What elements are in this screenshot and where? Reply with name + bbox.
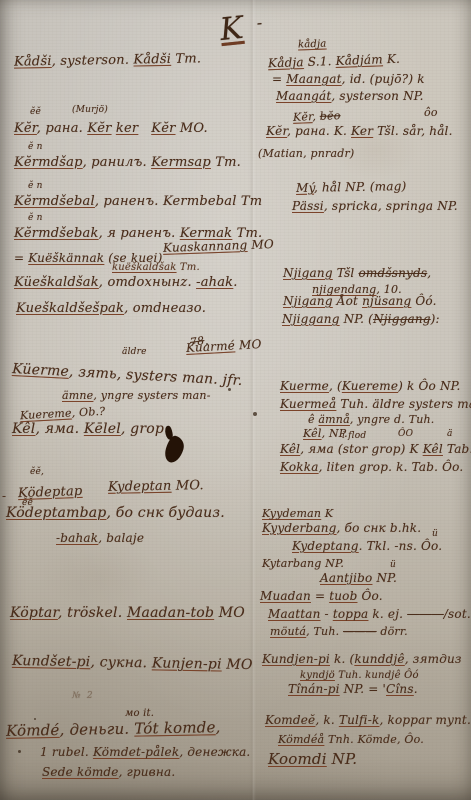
headword: Tót komde [134,718,216,737]
entry-text: , hål NP. (mag) [314,179,407,195]
headword: Cîns [386,682,414,696]
headword: toppa [333,607,369,621]
section-letter: K [218,10,245,48]
headword: Kĕr [87,121,111,136]
entry-line: Kydeptan MO. [108,479,204,494]
headword: Kömdé [6,721,60,740]
struck-text: bĕo [320,109,341,123]
entry-text: Åot [333,294,362,308]
headword: Kĕr [266,124,287,138]
entry-line: Komdeĕ, k. Tulfi-k, koppar mynt. [265,714,471,726]
entry-text: MO [214,605,245,621]
headword: Küerme [12,361,70,380]
entry-text: (Matian, pnradr) [258,147,354,160]
entry-text: k. ( [330,652,354,666]
headword: -bahak [56,531,98,545]
entry-text: Tm. [171,51,201,67]
entry-text [138,121,151,136]
entry-line: kyndjö Tuh. kundjê Ôó [300,671,419,681]
entry-text: NP. [372,571,397,585]
headword: ämnå [318,413,349,426]
entry-text: , k. [315,713,339,727]
entry-line: Tînán-pi NP. = 'Cîns. [288,683,418,695]
interlinear-note: ÔO [398,430,413,439]
entry-text: , зятдиз [405,652,462,666]
headword: Njiggang [282,312,340,326]
entry-line: Kĕrmdšap, ранилъ. Kermsap Tm. [14,156,241,169]
entry-line: Kêl, яма (stor grop) K Kêl Tab. [280,443,471,455]
entry-text: - [321,607,333,621]
entry-text: = [14,251,28,265]
entry-text: NP. = ' [340,682,386,696]
headword: kunddjê [354,652,404,666]
interlinear-note: ĕ n [28,182,43,191]
headword: Kyydeman [262,507,321,520]
entry-text: ü [390,560,396,570]
paper-stain [40,540,160,610]
entry-text: Ôó. [411,294,436,308]
headword: Kydeptan [108,479,172,495]
entry-line: Kyyderbang, бо снк b.hk. [262,522,421,534]
headword: Kuermeå [280,397,336,411]
interlinear-note: ü [432,530,438,539]
entry-text: ĕ n [28,213,43,223]
entry-text: , ( [329,379,342,393]
entry-line: Kueškaldšešpak, omdнеазо. [16,302,206,315]
entry-line: Pässi, spricka, springa NP. [292,200,458,212]
headword: Maadan-tob [127,605,214,621]
headword: Kêl [423,442,443,456]
entry-line: Sede kömde, гривна. [42,766,175,778]
entry-text: NP. [327,750,358,768]
entry-text: , ранилъ. [83,155,151,170]
entry-line: (Matian, pnradr) [258,148,354,159]
entry-text: ôo [424,106,438,119]
headword: Kêl [12,421,35,437]
entry-text: , spricka, springa NP. [324,199,458,213]
entry-text: № 2 [72,691,93,701]
entry-text: . [233,275,237,290]
headword: Maattan [268,607,321,621]
headword: Pässi [292,199,324,213]
entry-line: Kömdéå Tnh. Kömde, Ôo. [278,734,424,745]
entry-text: ĕĕ [30,107,41,117]
entry-text: NP. ( [340,312,373,326]
entry-text: - [2,489,6,503]
entry-text: . Tkl. -ns. Ôo. [359,539,443,553]
entry-line: Kömdé, деньги. Tót komde, [6,720,221,739]
manuscript-page: K- Kådši, systerson. Kådši Tm.kådjaKådja… [0,0,471,800]
title-dash: - [256,13,263,32]
entry-text: , id. (pujō?) k [342,72,425,86]
entry-text: , бо снк b.hk. [337,521,422,535]
entry-line: Muadan = tuob Ôo. [260,590,383,602]
struck-text: ——— [343,625,377,638]
entry-text: , яма. [35,421,83,437]
entry-text: , systerson NP. [331,89,423,103]
entry-text: k. ej. [368,607,407,621]
headword: Kydeptang [292,539,359,553]
headword: Kĕrmdšebal [14,194,95,209]
struck-text: ——— [407,607,444,621]
entry-text: Tm. [211,155,241,170]
headword: Kĕr [14,121,37,136]
entry-text: , yngre d. Tuh. [350,413,435,426]
entry-text: , гривна. [119,765,176,779]
headword: Kuereme [20,407,72,423]
entry-line: Aantjibo NP. [320,572,397,584]
entry-text: K. [383,52,401,67]
entry-text: ĕ n [28,181,43,191]
headword: Njigang [283,266,333,280]
headword: Kundjen-pi [262,652,330,666]
page-title: K- [218,8,264,48]
entry-text: (Murjö) [72,105,108,115]
entry-text: , [215,718,220,736]
entry-line: möutá, Tuh. ——— dörr. [270,626,408,637]
entry-text: мо it. [125,708,154,719]
entry-line: Köptar, tröskel. Maadan-tob MO [10,606,245,620]
entry-text: , [427,266,431,280]
headword: Kĕr [293,110,313,124]
headword: Komdeĕ [265,713,315,727]
entry-text: ÔO [398,429,413,439]
entry-line: Küerme, зять, systers man. jfr. [12,362,243,388]
entry-line: Maattan - toppa k. ej. ———/sot. [268,608,471,620]
headword: Köptar [10,605,58,621]
entry-text: Tuh. kundjê Ôó [335,670,419,681]
entry-line: ämne, yngre systers man- [62,390,211,401]
headword: Kådja [268,55,304,70]
entry-text: Tšl [333,266,359,280]
struck-text: Njiggang [373,312,431,326]
headword: njüsang [362,294,411,308]
interlinear-note: kådja [298,40,327,51]
headword: Kuaskannang [163,238,248,255]
entry-line: -bahak, balaje [56,532,144,544]
headword: Aantjibo [320,571,372,585]
entry-text: , liten grop. k. Tab. Ôo. [319,460,464,474]
entry-text: , systerson. [52,53,134,69]
entry-line: Kuereme, Ob.? [20,406,106,421]
headword: Kêl [303,427,322,440]
entry-text: MO [222,657,253,674]
headword: Kyyderbang [262,521,337,535]
headword: Kokka [280,460,319,474]
headword: Kuëškännak [28,251,104,265]
entry-text: dörr. [377,625,408,638]
entry-text: , денежка. [179,745,250,759]
headword: ker [116,121,138,136]
entry-text: , omdoхнынz. [99,275,196,290]
entry-text: ĕĕ, [30,467,44,477]
headword: Njigang [283,294,333,308]
entry-line: Kêl, яма. Kēlel, grop [12,422,164,436]
entry-text: , бо снк будаиз. [106,505,224,521]
entry-line: Njigang Tšl omdšsnyds, [283,267,431,279]
headword: -ahak [196,275,233,290]
entry-text: ) k Ôo NP. [398,379,460,393]
headword: Kēlel [84,421,121,437]
entry-line: Kokka, liten grop. k. Tab. Ôo. [280,461,463,473]
faint-mark: № 2 [72,692,93,701]
entry-line: Kytarbang NP. [262,558,344,569]
ink-blot [163,434,187,465]
entry-text: , зять, systers man. jfr. [69,364,243,389]
entry-text: . [414,682,418,696]
ink-speck [18,750,21,753]
entry-line: Kådja S.1. Kådjám K. [268,53,400,70]
entry-line: Kyydeman K [262,508,333,519]
entry-text: MO. [176,121,208,136]
entry-line: Koomdi NP. [268,752,357,767]
headword: ämne [62,389,93,402]
page-crease [249,0,256,800]
interlinear-note: (Murjö) [72,106,108,115]
entry-text: MO [247,237,274,252]
entry-line: Kundjen-pi k. (kunddjê, зятдиз [262,653,462,665]
entry-text: , яма (stor grop) K [300,442,423,456]
entry-text: Kytarbang NP. [262,557,344,570]
entry-text: , omdнеазо. [124,301,206,316]
entry-text: /sot. [444,607,471,621]
entry-line: Kydeptang. Tkl. -ns. Ôo. [292,540,442,552]
headword: Tînán-pi [288,682,340,696]
entry-line: Kuarmé MO [186,338,262,354]
entry-line: Kundšet-pi, сукна. Kunjen-pi MO [12,654,253,672]
entry-text: , деньги. [59,720,134,739]
headword: Ker [351,124,373,138]
interlinear-note: мо it. [125,709,154,719]
headword: Tulfi-k [339,713,380,727]
entry-text: , я раненъ. [99,226,180,241]
headword: tuob [329,589,357,603]
entry-line: Kuermeå Tuh. äldre systers man. [280,398,471,410]
headword: Kĕr [151,121,175,136]
entry-text: = [272,72,286,86]
entry-line: Kuaskannang MO [163,238,274,254]
entry-text: ): [431,312,440,326]
interlinear-note: i flod [342,432,366,441]
entry-text: äldre [122,347,147,357]
entry-text: Tab. [443,442,471,456]
headword: Küeškaldšak [14,275,99,290]
entry-line: = Maangat, id. (pujō?) k [272,73,425,85]
entry-line: Njiggang NP. (Njiggang): [282,313,440,325]
headword: Kêl [280,442,300,456]
interlinear-note: ĕĕ [30,108,41,117]
headword: Ködeptambap [6,505,106,521]
headword: möutá [270,625,306,638]
entry-text: Tnh. Kömde, Ôo. [324,733,424,746]
headword: Kunjen-pi [152,655,222,672]
entry-line: Maangát, systerson NP. [276,90,424,102]
entry-text: , tröskel. [58,605,127,621]
entry-text: , grop [121,421,164,437]
entry-text: Ôo. [358,589,383,603]
headword: Kömdéå [278,733,324,746]
headword: Kuereme [342,379,398,393]
entry-line: 1 rubel. Kömdet-pålek, денежка. [40,746,250,758]
entry-text: , рана. K. [287,124,351,138]
headword: Kuarmé [186,338,236,355]
entry-line: ê ämnå, yngre d. Tuh. [308,414,435,425]
entry-text: , balaje [98,531,144,545]
entry-text: 1 rubel. [40,745,93,759]
entry-line: kuëškaldšak Tm. [112,263,200,273]
ink-speck [253,412,257,416]
headword: Mý [296,181,314,195]
ink-speck [206,343,208,345]
entry-text: , Ob.? [71,405,105,420]
headword: Sede kömde [42,765,119,779]
interlinear-note: ôo [424,107,438,118]
headword: Kådši [14,54,52,70]
headword: Kĕrmdšebak [14,226,99,241]
entry-text: = [311,589,329,603]
entry-line: Kuerme, (Kuereme) k Ôo NP. [280,380,461,392]
headword: Kundšet-pi [12,653,91,670]
entry-line: - [2,490,6,502]
entry-line: Kĕr, рана. Kĕr ker Kĕr MO. [14,122,208,135]
headword: Kuerme [280,379,329,393]
headword: Kĕrmdšap [14,155,83,170]
headword: Kådjám [335,52,383,68]
entry-text: i flod [342,431,366,441]
entry-text: Tm. [177,262,200,273]
entry-line: Kĕr, рана. K. Ker Tšl. sår, hål. [266,125,453,137]
headword: Kermsap [151,155,211,170]
interlinear-note: ĕ n [28,214,43,223]
interlinear-note: äldre [122,348,147,357]
headword: Kådši [133,52,171,68]
entry-text: ä [447,429,453,439]
entry-text: K [321,507,333,520]
entry-text: MO. [171,478,204,494]
entry-line: Mý, hål NP. (mag) [296,180,407,194]
entry-text: , сукна. [90,654,152,671]
entry-text: , Tuh. [306,625,343,638]
interlinear-note: ä [447,430,453,439]
entry-text: , yngre systers man- [93,389,210,402]
entry-text: ü [432,529,438,539]
entry-text: , koppar mynt. [379,713,471,727]
headword: Muadan [260,589,311,603]
entry-text: ĕ n [28,142,43,152]
headword: Maangát [276,89,331,103]
headword: Kueškaldšešpak [16,301,124,316]
entry-text: Tuh. äldre systers man. [336,397,471,411]
entry-text: , рана. [37,121,88,136]
entry-text: , раненъ. Kermbebal Tm [95,194,262,209]
entry-text: Tšl. sår, hål. [373,124,452,138]
ink-speck [34,718,36,720]
headword: Kömdet-pålek [93,745,179,759]
interlinear-note: ü [390,561,396,570]
headword: Koomdi [268,750,327,768]
entry-text: S.1. [303,54,335,69]
headword: kyndjö [300,670,335,681]
headword: kådja [298,39,327,51]
entry-line: Kådši, systerson. Kådši Tm. [14,52,201,68]
entry-line: Njigang Åot njüsang Ôó. [283,295,437,307]
entry-text: ê [308,413,318,426]
entry-text: MO [235,337,262,352]
interlinear-note: ĕ n [28,143,43,152]
entry-line: Küeškaldšak, omdoхнынz. -ahak. [14,276,238,289]
interlinear-note: ĕĕ, [30,468,44,477]
ink-speck [228,388,231,391]
headword: Maangat [286,72,341,86]
interlinear-note: Kĕr, bĕo [293,110,341,123]
headword: kuëškaldšak [112,262,177,273]
entry-line: Kĕrmdšebal, раненъ. Kermbebal Tm [14,195,262,208]
entry-line: Ködeptambap, бо снк будаиз. [6,506,225,520]
struck-text: omdšsnyds [358,266,427,280]
